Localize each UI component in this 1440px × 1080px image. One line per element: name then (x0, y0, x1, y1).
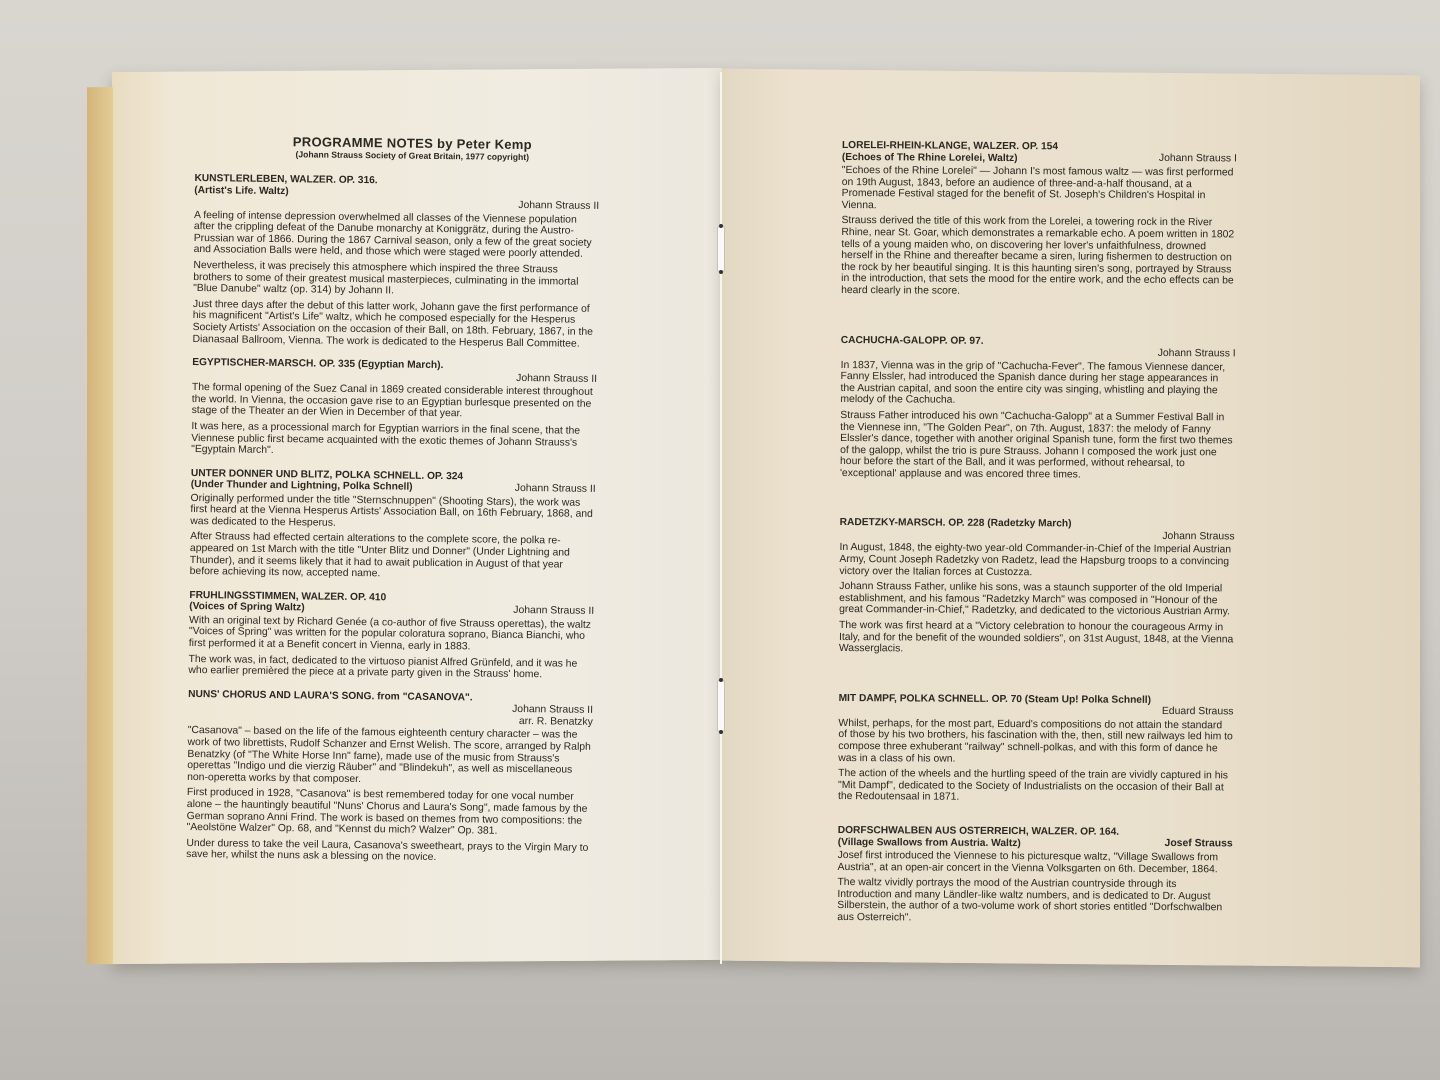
paragraph: Strauss derived the title of this work f… (841, 215, 1236, 299)
paragraph: In 1837, Vienna was in the grip of "Cach… (840, 360, 1235, 409)
composer: Eduard Strauss (838, 704, 1233, 718)
entry-subtitle: (Echoes of The Rhine Lorelei, Waltz) (842, 152, 1018, 164)
paragraph: Whilst, perhaps, for the most part, Edua… (838, 718, 1233, 767)
entry-subtitle: (Voices of Spring Waltz) (189, 601, 305, 614)
paragraph: First produced in 1928, "Casanova" is be… (186, 787, 592, 838)
paragraph: It was here, as a processional march for… (191, 421, 596, 461)
entry-nuns-chorus: NUNS' CHORUS AND LAURA'S SONG. from "CAS… (186, 689, 593, 866)
cover-edge (87, 87, 113, 964)
paragraph: After Strauss had effected certain alter… (190, 531, 596, 582)
entry-subtitle: (Village Swallows from Austria. Waltz) (838, 837, 1021, 850)
entry-cachucha-galopp: CACHUCHA-GALOPP. OP. 97. Johann Strauss … (840, 335, 1236, 482)
left-page-text: PROGRAMME NOTES by Peter Kemp (Johann St… (186, 135, 600, 878)
composer: Johann Strauss II (515, 483, 596, 496)
composer: Josef Strauss (1165, 838, 1233, 850)
paragraph: Strauss Father introduced his own "Cachu… (840, 410, 1235, 482)
staple-bottom (718, 680, 724, 732)
paragraph: Josef first introduced the Viennese to h… (838, 850, 1233, 876)
paragraph: "Echoes of the Rhine Lorelei" — Johann I… (842, 165, 1237, 214)
entry-subtitle: (Artist's Life. Waltz) (194, 185, 288, 198)
composer: Johann Strauss I (841, 346, 1236, 360)
entry-title: RADETZKY-MARSCH. OP. 228 (Radetzky March… (840, 517, 1235, 531)
paragraph: Johann Strauss Father, unlike his sons, … (839, 581, 1234, 618)
programme-booklet: PROGRAMME NOTES by Peter Kemp (Johann St… (0, 0, 1440, 1080)
entry-mit-dampf: MIT DAMPF, POLKA SCHNELL. OP. 70 (Steam … (838, 693, 1234, 806)
paragraph: A feeling of intense depression overwhel… (194, 210, 600, 261)
entry-kunstlerleben: KUNSTLERLEBEN, WALZER. OP. 316. (Artist'… (192, 173, 599, 350)
entry-egyptischer-marsch: EGYPTISCHER-MARSCH. OP. 335 (Egyptian Ma… (191, 357, 597, 461)
right-page-text: LORELEI-RHEIN-KLANGE, WALZER. OP. 154 (E… (837, 140, 1237, 938)
entry-fruhlingsstimmen: FRUHLINGSSTIMMEN, WALZER. OP. 410 (Voice… (188, 590, 594, 682)
composer: Johann Strauss I (1159, 153, 1237, 165)
entry-radetzky-marsch: RADETZKY-MARSCH. OP. 228 (Radetzky March… (839, 517, 1235, 657)
composer: Johann Strauss (840, 529, 1235, 543)
paragraph: The work was first heard at a "Victory c… (839, 620, 1234, 657)
paragraph: The action of the wheels and the hurtlin… (838, 768, 1233, 805)
paragraph: "Casanova" – based on the life of the fa… (187, 725, 593, 788)
paragraph: In August, 1848, the eighty-two year-old… (839, 542, 1234, 579)
spine-fold (720, 72, 722, 964)
paragraph: Originally performed under the title "St… (190, 493, 595, 533)
paragraph: The work was, in fact, dedicated to the … (188, 654, 593, 682)
staple-top (718, 226, 724, 272)
paragraph: The waltz vividly portrays the mood of t… (837, 877, 1232, 926)
paragraph: Nevertheless, it was precisely this atmo… (193, 260, 598, 300)
paragraph: With an original text by Richard Genée (… (189, 615, 594, 655)
entry-dorfschwalben: DORFSCHWALBEN AUS OSTERREICH, WALZER. OP… (837, 825, 1233, 926)
paragraph: The formal opening of the Suez Canal in … (192, 382, 597, 422)
entry-subtitle: (Under Thunder and Lightning, Polka Schn… (191, 479, 413, 493)
composer: Johann Strauss II (513, 605, 594, 618)
paragraph: Under duress to take the veil Laura, Cas… (186, 838, 591, 866)
paragraph: Just three days after the debut of this … (192, 299, 598, 350)
entry-unter-donner-und-blitz: UNTER DONNER UND BLITZ, POLKA SCHNELL. O… (190, 468, 596, 583)
entry-lorelei: LORELEI-RHEIN-KLANGE, WALZER. OP. 154 (E… (841, 140, 1237, 299)
